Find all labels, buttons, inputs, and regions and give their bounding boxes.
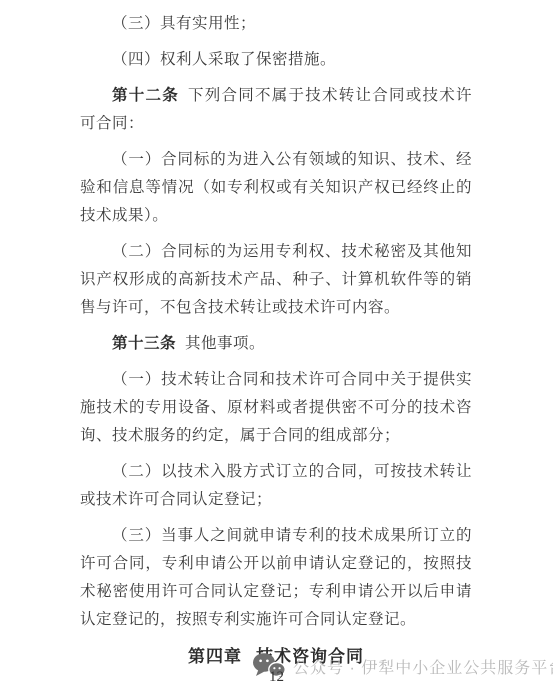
watermark: 公众号 · 伊犁中小企业公共服务平台 xyxy=(252,652,553,680)
article-number: 第十二条 xyxy=(112,87,179,104)
chapter-label: 第四章 xyxy=(188,647,242,666)
watermark-text: 公众号 · 伊犁中小企业公共服务平台 xyxy=(293,655,553,678)
paragraphs: （三）具有实用性；（四）权利人采取了保密措施。第十二条下列合同不属于技术转让合同… xyxy=(80,10,472,634)
article-number: 第十三条 xyxy=(112,335,176,352)
body-paragraph: （二）以技术入股方式订立的合同，可按技术转让或技术许可合同认定登记； xyxy=(80,458,472,514)
body-paragraph: （三）当事人之间就申请专利的技术成果所订立的许可合同，专利申请公开以前申请认定登… xyxy=(80,522,472,634)
body-paragraph: （一）合同标的为进入公有领域的知识、技术、经验和信息等情况（如专利权或有关知识产… xyxy=(80,146,472,230)
body-paragraph: （三）具有实用性； xyxy=(80,10,472,38)
body-paragraph: （四）权利人采取了保密措施。 xyxy=(80,46,472,74)
document-page: （三）具有实用性；（四）权利人采取了保密措施。第十二条下列合同不属于技术转让合同… xyxy=(0,0,553,695)
body-paragraph: （一）技术转让合同和技术许可合同中关于提供实施技术的专用设备、原材料或者提供密不… xyxy=(80,366,472,450)
page-body: （三）具有实用性；（四）权利人采取了保密措施。第十二条下列合同不属于技术转让合同… xyxy=(80,10,472,667)
page-number: 12 xyxy=(269,669,284,686)
body-paragraph: （二）合同标的为运用专利权、技术秘密及其他知识产权形成的高新技术产品、种子、计算… xyxy=(80,238,472,322)
article-paragraph: 第十二条下列合同不属于技术转让合同或技术许可合同： xyxy=(80,82,472,138)
article-paragraph: 第十三条其他事项。 xyxy=(80,330,472,358)
